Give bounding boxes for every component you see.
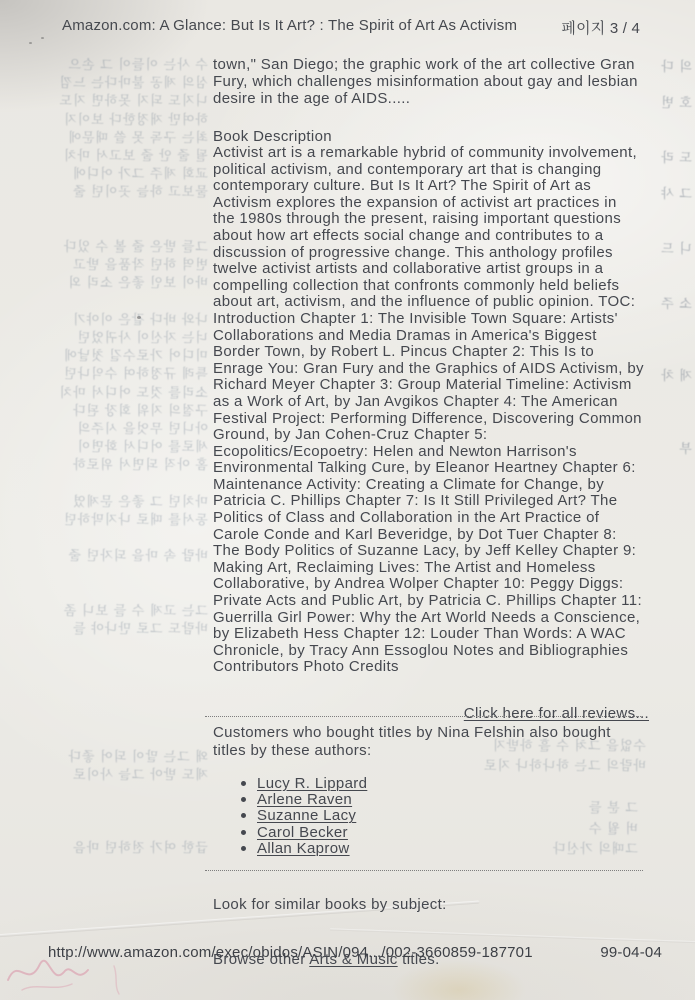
author-link[interactable]: Carol Becker [257, 824, 348, 841]
bullet-icon [241, 846, 246, 851]
section-divider [205, 870, 643, 871]
bullet-icon [241, 813, 246, 818]
pink-handwriting-scribble [2, 946, 132, 1000]
bullet-icon [241, 781, 246, 786]
list-item: Arlene Raven [241, 791, 367, 807]
bleedthrough-right-stubs: 그 분 들 버 월 수 그때의 가신다 [548, 798, 638, 860]
author-link[interactable]: Suzanne Lacy [257, 807, 356, 824]
footer-date: 99-04-04 [600, 944, 662, 961]
also-bought-heading: Customers who bought titles by Nina Fels… [213, 724, 649, 760]
book-description-heading: Book Description [213, 128, 649, 145]
author-link[interactable]: Allan Kaprow [257, 840, 350, 857]
page-indicator: 페이지 3 / 4 [561, 17, 640, 38]
list-item: Allan Kaprow [241, 840, 367, 856]
scan-speck [29, 42, 32, 44]
similar-subject-line: Look for similar books by subject: [213, 896, 447, 913]
bullet-icon [241, 797, 246, 802]
list-item: Carol Becker [241, 824, 367, 840]
author-link[interactable]: Arlene Raven [257, 791, 352, 808]
scanned-page: 수 사는 이들이 그 손으 심의 제공 불마다는 느낌 니지도 되지 못하면 지… [0, 0, 695, 1000]
bleedthrough-right-edge: 의 다 호 번 도 라 그 샤 니 드 소 주 재 차 부 [642, 58, 692, 458]
scan-speck [41, 37, 44, 39]
list-item: Lucy R. Lippard [241, 775, 367, 791]
author-list: Lucy R. Lippard Arlene Raven Suzanne Lac… [241, 775, 367, 856]
intro-paragraph: town," San Diego; the graphic work of th… [213, 56, 649, 108]
all-reviews-link[interactable]: Click here for all reviews... [464, 705, 649, 722]
print-footer: http://www.amazon.com/exec/obidos/ASIN/0… [48, 944, 662, 961]
book-description-paragraph: Activist art is a remarkable hybrid of c… [213, 145, 649, 676]
bleedthrough-left-column: 수 사는 이들이 그 손으 심의 제공 불마다는 느낌 니지도 되지 못하면 지… [46, 56, 208, 857]
list-item: Suzanne Lacy [241, 808, 367, 824]
bullet-icon [241, 830, 246, 835]
section-divider [205, 716, 643, 717]
page-title: Amazon.com: A Glance: But Is It Art? : T… [62, 17, 517, 38]
print-header: Amazon.com: A Glance: But Is It Art? : T… [62, 17, 640, 38]
scan-speck [137, 316, 141, 319]
author-link[interactable]: Lucy R. Lippard [257, 775, 367, 792]
